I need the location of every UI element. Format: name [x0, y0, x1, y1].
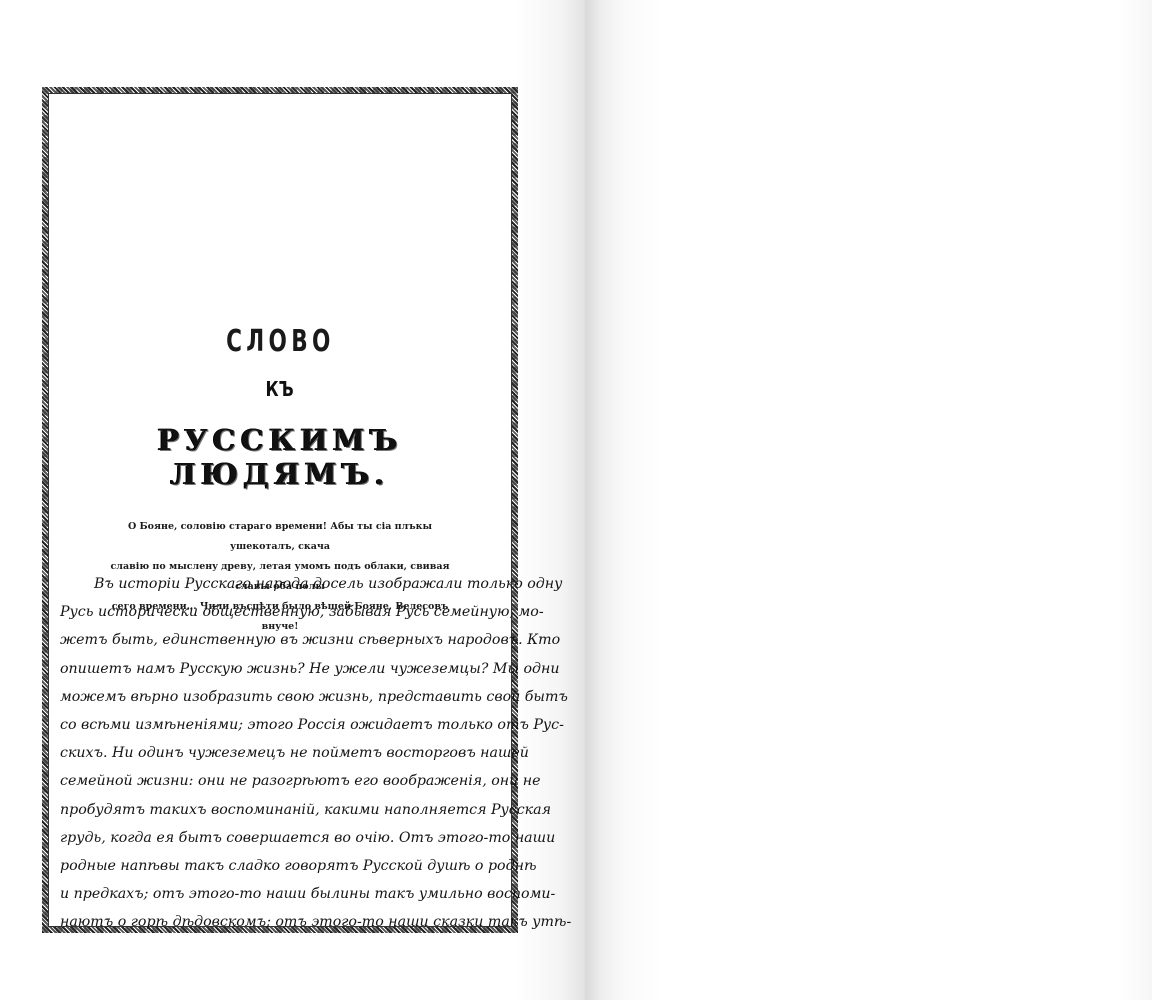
text-line: пробудятъ такихъ воспоминаній, какими на… — [60, 796, 508, 824]
title-line-3: РУССКИМЪ ЛЮДЯМЪ. — [49, 423, 511, 491]
epigraph-line: О Бояне, соловію стараго времени! Абы ты… — [100, 517, 460, 557]
text-line: семейной жизни: они не разогрѣютъ его во… — [60, 767, 508, 795]
text-line: со всѣми измѣненіями; этого Россія ожида… — [60, 711, 508, 739]
left-body-paragraph: Въ исторіи Русскаго народа досель изобра… — [60, 570, 508, 937]
title-line-2: КЪ — [266, 377, 294, 401]
left-page: СЛОВО КЪ РУССКИМЪ ЛЮДЯМЪ. О Бояне, солов… — [0, 0, 585, 1000]
text-line: родные напѣвы такъ сладко говорятъ Русск… — [60, 852, 508, 880]
right-page: но радуютъ насъ своимъ роднымъ языкомъ; … — [585, 0, 1152, 1000]
text-line: Русь исторически общественную, забывая Р… — [60, 598, 508, 626]
text-line: можемъ вѣрно изобразить свою жизнь, пред… — [60, 683, 508, 711]
ornamental-border-left: СЛОВО КЪ РУССКИМЪ ЛЮДЯМЪ. О Бояне, солов… — [42, 87, 518, 933]
text-line: Въ исторіи Русскаго народа досель изобра… — [60, 570, 508, 598]
text-line: грудь, когда ея бытъ совершается во очію… — [60, 824, 508, 852]
title-line-1: СЛОВО — [226, 324, 335, 359]
book-spread: СЛОВО КЪ РУССКИМЪ ЛЮДЯМЪ. О Бояне, солов… — [0, 0, 1152, 1000]
text-line: наютъ о горѣ дѣдовскомъ; отъ этого-то на… — [60, 908, 508, 936]
text-line: и предкахъ; отъ этого-то наши былины так… — [60, 880, 508, 908]
text-line: жетъ быть, единственную въ жизни сѣверны… — [60, 626, 508, 654]
text-line: опишетъ намъ Русскую жизнь? Не ужели чуж… — [60, 655, 508, 683]
text-line: скихъ. Ни одинъ чужеземецъ не пойметъ во… — [60, 739, 508, 767]
